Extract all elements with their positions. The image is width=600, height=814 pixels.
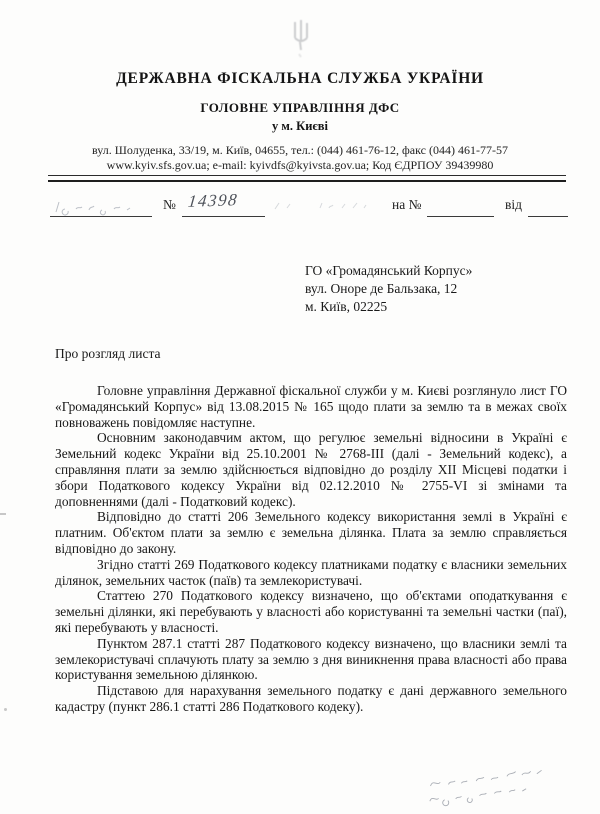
subject-line: Про розгляд листа	[55, 346, 161, 362]
handwritten-date-scribble	[52, 198, 152, 221]
recipient-street: вул. Оноре де Бальзака, 12	[305, 280, 472, 298]
letterhead-divider-rule	[48, 175, 566, 182]
address-line-1: вул. Шолуденка, 33/19, м. Київ, 04655, т…	[40, 143, 560, 158]
body-paragraph: Пунктом 287.1 статті 287 Податкового код…	[55, 636, 567, 683]
recipient-name: ГО «Громадянський Корпус»	[305, 262, 472, 280]
agency-name: ДЕРЖАВНА ФІСКАЛЬНА СЛУЖБА УКРАЇНИ	[40, 70, 560, 88]
body-paragraph: Згідно статті 269 Податкового кодексу пл…	[55, 557, 567, 589]
address-line-2: www.kyiv.sfs.gov.ua; e-mail: kyivdfs@kyi…	[40, 158, 560, 173]
scan-speck	[4, 708, 7, 711]
body-paragraph: Підставою для нарахування земельного под…	[55, 683, 567, 715]
reply-number-label: на №	[392, 197, 421, 213]
handwritten-note-bottom	[423, 762, 576, 814]
body-paragraph: Головне управління Державної фіскальної …	[55, 383, 567, 430]
recipient-city: м. Київ, 02225	[305, 298, 472, 316]
number-label: №	[163, 197, 176, 213]
department-name: ГОЛОВНЕ УПРАВЛІННЯ ДФС	[40, 100, 560, 116]
emblem-smudge	[287, 18, 315, 71]
stamp-smudge	[272, 199, 382, 220]
scanned-letter-page: ДЕРЖАВНА ФІСКАЛЬНА СЛУЖБА УКРАЇНИ ГОЛОВН…	[0, 0, 600, 814]
reply-number-blank-underline	[427, 200, 494, 217]
recipient-block: ГО «Громадянський Корпус» вул. Оноре де …	[305, 262, 472, 316]
body-paragraph: Статтею 270 Податкового кодексу визначен…	[55, 588, 567, 635]
body-paragraph: Відповідно до статті 206 Земельного коде…	[55, 509, 567, 556]
handwritten-outgoing-number: 14398	[187, 190, 239, 212]
scan-speck	[0, 513, 6, 515]
from-date-blank-underline	[528, 200, 568, 217]
letter-body: Головне управління Державної фіскальної …	[55, 383, 567, 715]
from-date-label: від	[505, 197, 522, 213]
department-city: у м. Києві	[40, 119, 560, 134]
body-paragraph: Основним законодавчим актом, що регулює …	[55, 430, 567, 509]
